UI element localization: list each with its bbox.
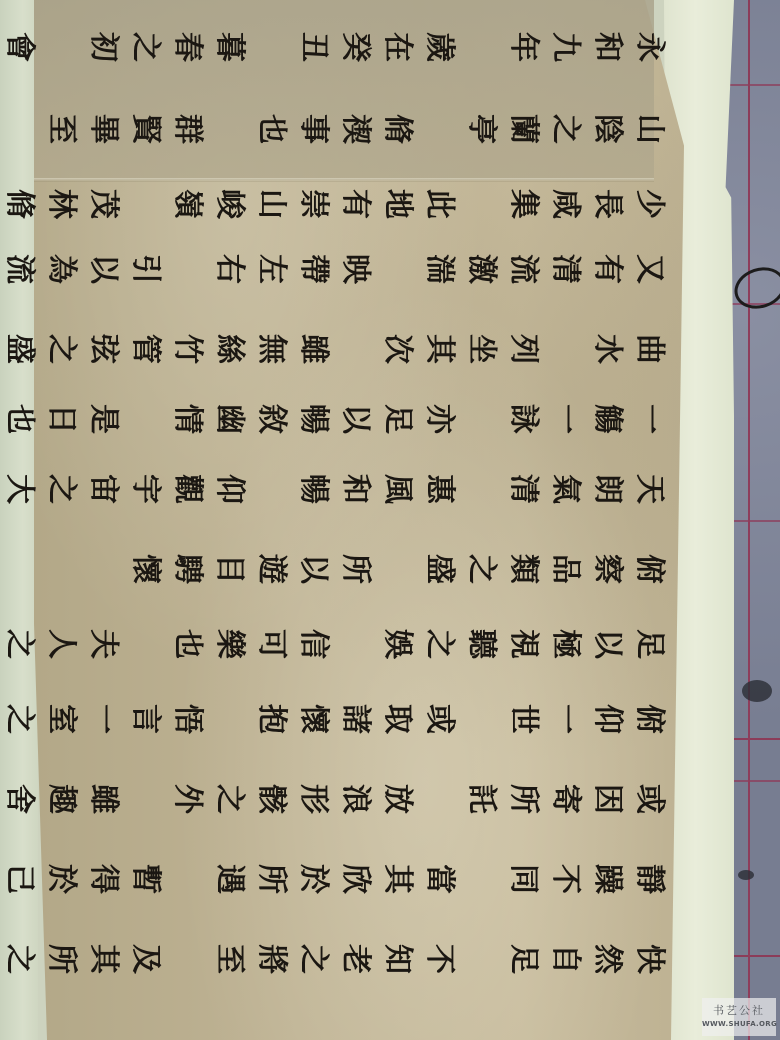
- calligraphy-glyph: 朗: [592, 474, 622, 516]
- calligraphy-glyph: 畢: [88, 114, 118, 156]
- calligraphy-glyph: 至: [214, 944, 244, 986]
- calligraphy-glyph: 咸: [550, 189, 580, 231]
- calligraphy-glyph: 品: [550, 554, 580, 596]
- calligraphy-glyph: 暢: [298, 404, 328, 446]
- calligraphy-glyph: 初: [88, 32, 118, 74]
- calligraphy-column: 永和九年 歲在癸丑 暮春之初 會于會稽: [0, 38, 670, 68]
- calligraphy-glyph: 引: [130, 254, 160, 296]
- calligraphy-glyph: 年: [508, 32, 538, 74]
- calligraphy-glyph: 仰: [592, 704, 622, 746]
- calligraphy-glyph: 水: [592, 334, 622, 376]
- calligraphy-glyph: [466, 944, 496, 986]
- calligraphy-glyph: [214, 114, 244, 156]
- calligraphy-glyph: 風: [382, 474, 412, 516]
- calligraphy-glyph: 欣: [340, 864, 370, 906]
- calligraphy-glyph: [172, 944, 202, 986]
- calligraphy-glyph: [382, 554, 412, 596]
- calligraphy-column: 曲水 列坐其次 雖無絲竹管弦之盛: [0, 340, 670, 370]
- calligraphy-glyph: 懷: [130, 554, 160, 596]
- calligraphy-glyph: 樂: [214, 629, 244, 671]
- calligraphy-glyph: 察: [592, 554, 622, 596]
- calligraphy-glyph: 亦: [424, 404, 454, 446]
- calligraphy-glyph: 聽: [466, 629, 496, 671]
- calligraphy-glyph: 夫: [88, 629, 118, 671]
- calligraphy-glyph: 地: [382, 189, 412, 231]
- calligraphy-glyph: 長: [592, 189, 622, 231]
- calligraphy-glyph: 之: [4, 944, 34, 986]
- calligraphy-glyph: 人: [46, 629, 76, 671]
- calligraphy-glyph: 趣: [46, 784, 76, 826]
- calligraphy-glyph: 以: [340, 404, 370, 446]
- calligraphy-glyph: 之: [4, 704, 34, 746]
- calligraphy-glyph: 世: [508, 704, 538, 746]
- calligraphy-glyph: 日: [46, 404, 76, 446]
- calligraphy-glyph: 足: [508, 944, 538, 986]
- photo-scene: 永和九年 歲在癸丑 暮春之初 會于會稽山陰之蘭亭 脩禊事也 群賢畢至少長咸集 此…: [0, 0, 780, 1040]
- calligraphy-glyph: 山: [256, 189, 286, 231]
- calligraphy-glyph: 惠: [424, 474, 454, 516]
- calligraphy-glyph: 快: [634, 944, 664, 986]
- calligraphy-glyph: 弦: [88, 334, 118, 376]
- calligraphy-glyph: 所: [256, 864, 286, 906]
- calligraphy-glyph: 少: [634, 189, 664, 231]
- calligraphy-glyph: [256, 32, 286, 74]
- calligraphy-glyph: 同: [508, 864, 538, 906]
- calligraphy-glyph: 丑: [298, 32, 328, 74]
- calligraphy-glyph: 寄: [550, 784, 580, 826]
- calligraphy-glyph: [130, 404, 160, 446]
- calligraphy-glyph: 暢: [298, 474, 328, 516]
- calligraphy-glyph: 當: [424, 864, 454, 906]
- calligraphy-glyph: 以: [88, 254, 118, 296]
- calligraphy-glyph: 懷: [298, 704, 328, 746]
- calligraphy-glyph: 帶: [298, 254, 328, 296]
- calligraphy-column: 一觴一詠 亦足以暢敘幽情 是日也: [0, 410, 670, 440]
- calligraphy-glyph: 曲: [634, 334, 664, 376]
- calligraphy-glyph: 取: [382, 704, 412, 746]
- calligraphy-glyph: [214, 704, 244, 746]
- calligraphy-glyph: [466, 864, 496, 906]
- calligraphy-glyph: 其: [424, 334, 454, 376]
- calligraphy-glyph: 映: [340, 254, 370, 296]
- calligraphy-glyph: [466, 404, 496, 446]
- calligraphy-glyph: 暫: [130, 864, 160, 906]
- calligraphy-glyph: 得: [88, 864, 118, 906]
- calligraphy-glyph: 諸: [340, 704, 370, 746]
- calligraphy-glyph: [130, 189, 160, 231]
- calligraphy-glyph: [130, 629, 160, 671]
- calligraphy-glyph: 或: [634, 784, 664, 826]
- calligraphy-glyph: 會: [4, 32, 34, 74]
- calligraphy-glyph: 林: [46, 189, 76, 231]
- calligraphy-glyph: 之: [466, 554, 496, 596]
- calligraphy-glyph: 情: [172, 404, 202, 446]
- calligraphy-glyph: [340, 334, 370, 376]
- calligraphy-glyph: 一: [550, 404, 580, 446]
- calligraphy-glyph: 九: [550, 32, 580, 74]
- calligraphy-glyph: 舍: [4, 784, 34, 826]
- calligraphy-glyph: 信: [298, 629, 328, 671]
- calligraphy-glyph: 其: [88, 944, 118, 986]
- calligraphy-glyph: 一: [550, 704, 580, 746]
- ink-blot: [742, 680, 772, 702]
- calligraphy-glyph: [466, 474, 496, 516]
- calligraphy-glyph: 激: [466, 254, 496, 296]
- calligraphy-glyph: [466, 189, 496, 231]
- calligraphy-glyph: 在: [382, 32, 412, 74]
- calligraphy-glyph: [172, 864, 202, 906]
- calligraphy-glyph: 春: [172, 32, 202, 74]
- calligraphy-glyph: 茂: [88, 189, 118, 231]
- calligraphy-glyph: 之: [550, 114, 580, 156]
- calligraphy-glyph: 嶺: [172, 189, 202, 231]
- calligraphy-glyph: 外: [172, 784, 202, 826]
- calligraphy-glyph: 放: [382, 784, 412, 826]
- calligraphy-glyph: 賢: [130, 114, 160, 156]
- calligraphy-glyph: 及: [130, 944, 160, 986]
- calligraphy-glyph: 也: [172, 629, 202, 671]
- calligraphy-glyph: 以: [298, 554, 328, 596]
- calligraphy-glyph: 盛: [4, 334, 34, 376]
- calligraphy-glyph: 形: [298, 784, 328, 826]
- calligraphy-glyph: 於: [298, 864, 328, 906]
- calligraphy-glyph: 然: [592, 944, 622, 986]
- calligraphy-glyph: 山: [634, 114, 664, 156]
- calligraphy-glyph: 俯: [634, 554, 664, 596]
- calligraphy-glyph: 可: [256, 629, 286, 671]
- calligraphy-glyph: 類: [508, 554, 538, 596]
- calligraphy-glyph: 左: [256, 254, 286, 296]
- calligraphy-glyph: [424, 784, 454, 826]
- calligraphy-glyph: 有: [340, 189, 370, 231]
- calligraphy-glyph: 目: [214, 554, 244, 596]
- calligraphy-glyph: 歲: [424, 32, 454, 74]
- calligraphy-glyph: 不: [550, 864, 580, 906]
- calligraphy-glyph: 脩: [382, 114, 412, 156]
- calligraphy-glyph: [466, 704, 496, 746]
- calligraphy-glyph: 至: [46, 114, 76, 156]
- calligraphy-glyph: [424, 114, 454, 156]
- calligraphy-glyph: 暮: [214, 32, 244, 74]
- calligraphy-glyph: [172, 254, 202, 296]
- calligraphy-glyph: 敘: [256, 404, 286, 446]
- calligraphy-glyph: 列: [508, 334, 538, 376]
- calligraphy-glyph: 知: [382, 944, 412, 986]
- calligraphy-glyph: [382, 254, 412, 296]
- calligraphy-glyph: 蘭: [508, 114, 538, 156]
- calligraphy-glyph: 雖: [88, 784, 118, 826]
- calligraphy-glyph: 詠: [508, 404, 538, 446]
- calligraphy-glyph: [130, 784, 160, 826]
- calligraphy-glyph: 悟: [172, 704, 202, 746]
- calligraphy-glyph: 其: [382, 864, 412, 906]
- calligraphy-glyph: 和: [592, 32, 622, 74]
- calligraphy-glyph: 託: [466, 784, 496, 826]
- calligraphy-glyph: 足: [634, 629, 664, 671]
- calligraphy-glyph: 娛: [382, 629, 412, 671]
- calligraphy-glyph: 是: [88, 404, 118, 446]
- calligraphy-glyph: 遇: [214, 864, 244, 906]
- calligraphy-glyph: 事: [298, 114, 328, 156]
- calligraphy-glyph: 氣: [550, 474, 580, 516]
- calligraphy-glyph: 仰: [214, 474, 244, 516]
- calligraphy-glyph: 於: [46, 864, 76, 906]
- calligraphy-glyph: 極: [550, 629, 580, 671]
- calligraphy-glyph: 一: [88, 704, 118, 746]
- calligraphy-glyph: [340, 629, 370, 671]
- calligraphy-glyph: 脩: [4, 189, 34, 231]
- calligraphy-glyph: 骸: [256, 784, 286, 826]
- calligraphy-glyph: [256, 474, 286, 516]
- calligraphy-column: 或因寄所託 放浪形骸之外 雖趣舍萬殊: [0, 790, 670, 820]
- calligraphy-glyph: 所: [46, 944, 76, 986]
- calligraphy-glyph: 右: [214, 254, 244, 296]
- calligraphy-column: 山陰之蘭亭 脩禊事也 群賢畢至: [40, 120, 670, 150]
- calligraphy-glyph: 之: [46, 334, 76, 376]
- calligraphy-glyph: 視: [508, 629, 538, 671]
- calligraphy-glyph: 以: [592, 629, 622, 671]
- calligraphy-glyph: 自: [550, 944, 580, 986]
- watermark-name: 书艺公社: [702, 1002, 776, 1018]
- calligraphy-glyph: 宇: [130, 474, 160, 516]
- calligraphy-glyph: 大: [4, 474, 34, 516]
- calligraphy-glyph: 一: [634, 404, 664, 446]
- grid-line: [748, 180, 750, 1040]
- calligraphy-glyph: 竹: [172, 334, 202, 376]
- calligraphy-glyph: 宙: [88, 474, 118, 516]
- calligraphy-glyph: 有: [592, 254, 622, 296]
- calligraphy-glyph: 不: [424, 944, 454, 986]
- calligraphy-glyph: 遊: [256, 554, 286, 596]
- calligraphy-glyph: 清: [508, 474, 538, 516]
- calligraphy-glyph: 天: [634, 474, 664, 516]
- calligraphy-glyph: 之: [298, 944, 328, 986]
- calligraphy-glyph: 之: [130, 32, 160, 74]
- calligraphy-glyph: 室: [46, 704, 76, 746]
- calligraphy-column: 足以極視聽之娛 信可樂也 夫人之相與: [0, 635, 670, 665]
- watermark: 书艺公社 WWW.SHUFA.ORG: [702, 998, 776, 1036]
- calligraphy-glyph: 幽: [214, 404, 244, 446]
- calligraphy-column: 少長咸集 此地有崇山峻嶺 茂林脩竹: [0, 195, 670, 225]
- calligraphy-glyph: 流: [4, 254, 34, 296]
- calligraphy-glyph: [466, 32, 496, 74]
- calligraphy-glyph: 崇: [298, 189, 328, 231]
- watermark-url: WWW.SHUFA.ORG: [702, 1020, 776, 1028]
- calligraphy-glyph: 觴: [592, 404, 622, 446]
- calligraphy-column: 快然自足 不知老之將至 及其所之既倦: [0, 950, 670, 980]
- calligraphy-glyph: 之: [4, 629, 34, 671]
- calligraphy-text: 永和九年 歲在癸丑 暮春之初 會于會稽山陰之蘭亭 脩禊事也 群賢畢至少長咸集 此…: [40, 0, 680, 1040]
- calligraphy-glyph: 永: [634, 32, 664, 74]
- calligraphy-glyph: 所: [508, 784, 538, 826]
- calligraphy-glyph: 浪: [340, 784, 370, 826]
- calligraphy-glyph: 癸: [340, 32, 370, 74]
- calligraphy-glyph: 雖: [298, 334, 328, 376]
- calligraphy-glyph: 之: [214, 784, 244, 826]
- calligraphy-glyph: 群: [172, 114, 202, 156]
- calligraphy-glyph: 之: [46, 474, 76, 516]
- calligraphy-glyph: 為: [46, 254, 76, 296]
- calligraphy-glyph: 觀: [172, 474, 202, 516]
- calligraphy-glyph: 也: [256, 114, 286, 156]
- calligraphy-glyph: 坐: [466, 334, 496, 376]
- calligraphy-glyph: 所: [340, 554, 370, 596]
- calligraphy-glyph: 將: [256, 944, 286, 986]
- calligraphy-glyph: 陰: [592, 114, 622, 156]
- calligraphy-column: 俯察品類之盛 所以遊目騁懷: [124, 560, 670, 590]
- calligraphy-glyph: [46, 32, 76, 74]
- calligraphy-glyph: 老: [340, 944, 370, 986]
- calligraphy-glyph: 盛: [424, 554, 454, 596]
- calligraphy-glyph: 清: [550, 254, 580, 296]
- ink-blot: [738, 870, 754, 880]
- calligraphy-glyph: [550, 334, 580, 376]
- calligraphy-column: 又有清流激湍 映帶左右 引以為流觴: [0, 260, 670, 290]
- calligraphy-column: 俯仰一世 或取諸懷抱 悟言一室之內: [0, 710, 670, 740]
- calligraphy-glyph: 湍: [424, 254, 454, 296]
- calligraphy-column: 靜躁不同 當其欣於所遇 暫得於己: [0, 870, 670, 900]
- calligraphy-glyph: 管: [130, 334, 160, 376]
- calligraphy-column: 天朗氣清 惠風和暢 仰觀宇宙之大: [0, 480, 670, 510]
- calligraphy-glyph: 之: [424, 629, 454, 671]
- calligraphy-glyph: 絲: [214, 334, 244, 376]
- calligraphy-glyph: 因: [592, 784, 622, 826]
- calligraphy-glyph: 無: [256, 334, 286, 376]
- calligraphy-glyph: 又: [634, 254, 664, 296]
- calligraphy-glyph: 此: [424, 189, 454, 231]
- calligraphy-glyph: 己: [4, 864, 34, 906]
- calligraphy-glyph: 和: [340, 474, 370, 516]
- calligraphy-glyph: 禊: [340, 114, 370, 156]
- calligraphy-glyph: 躁: [592, 864, 622, 906]
- calligraphy-glyph: 亭: [466, 114, 496, 156]
- calligraphy-glyph: 俯: [634, 704, 664, 746]
- calligraphy-glyph: 言: [130, 704, 160, 746]
- calligraphy-glyph: 峻: [214, 189, 244, 231]
- calligraphy-glyph: 或: [424, 704, 454, 746]
- calligraphy-glyph: 靜: [634, 864, 664, 906]
- calligraphy-glyph: 抱: [256, 704, 286, 746]
- calligraphy-glyph: 集: [508, 189, 538, 231]
- calligraphy-glyph: 也: [4, 404, 34, 446]
- calligraphy-glyph: 次: [382, 334, 412, 376]
- calligraphy-glyph: 流: [508, 254, 538, 296]
- calligraphy-glyph: 足: [382, 404, 412, 446]
- calligraphy-glyph: 騁: [172, 554, 202, 596]
